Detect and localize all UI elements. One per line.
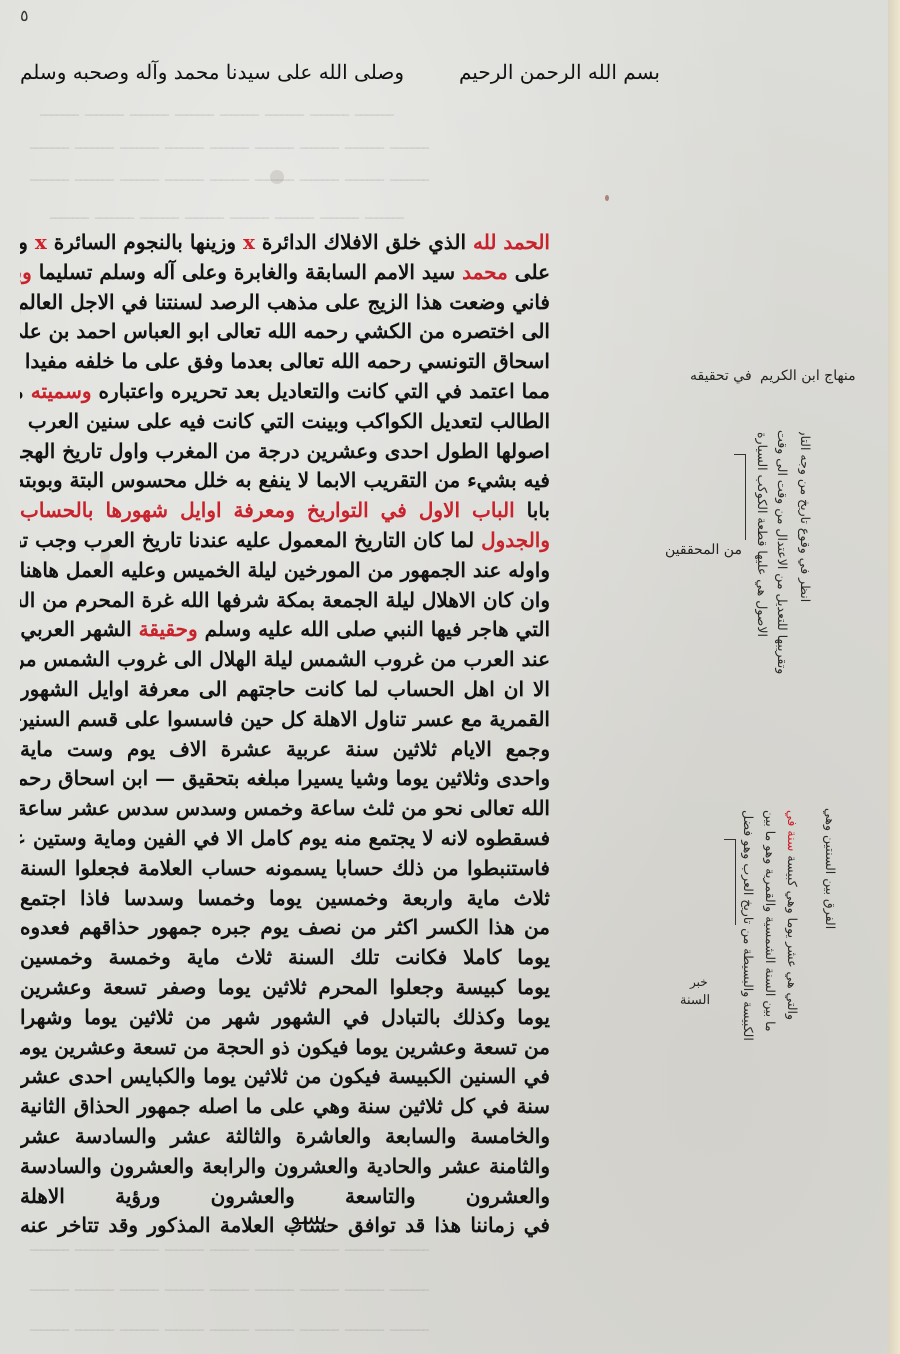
text-span: الا ان اهل الحساب لما كانت حاجتهم الى مع… <box>20 677 550 701</box>
text-line: وجمع الايام ثلاثين سنة عربية عشرة الاف ي… <box>20 735 550 765</box>
text-line: من تسعة وعشرين يوما فيكون ذو الحجة من تس… <box>20 1033 550 1063</box>
text-span: سيد الامم السابقة والغابرة وعلى آله وسلم… <box>32 260 462 284</box>
manuscript-folio: ـــــــ ـــــــ ـــــــ ـــــــ ـــــــ … <box>0 0 890 1354</box>
text-line: في السنين الكبيسة فيكون من ثلاثين يوما و… <box>20 1062 550 1092</box>
rubric-word: وبعد <box>20 260 32 284</box>
text-span: في زماننا هذا قد توافق حساب العلامة المذ… <box>20 1213 550 1237</box>
margin-gloss-lower: الفرق بين السنتين وهي <box>820 808 840 929</box>
text-line: والخامسة والسابعة والعاشرة والثالثة عشر … <box>20 1122 550 1152</box>
gloss-line: والتي هي عشر يوما وهي كبيسة <box>785 855 800 1020</box>
catchword: يسو <box>290 1205 327 1230</box>
text-span: في السنين الكبيسة فيكون من ثلاثين يوما و… <box>20 1064 550 1088</box>
text-span: الله تعالى نحو من ثلث ساعة وخمس وسدس سدس… <box>20 796 550 820</box>
text-span: من هذا الكسر اكثر من نصف يوم جبره جمهور … <box>20 915 550 939</box>
margin-gloss-upper: وتقريبها للتعديل من الاعتدال من وقت الى … <box>772 430 792 674</box>
margin-gloss-label: خبر <box>690 975 708 989</box>
show-through-text: ـــــــ ـــــــ ـــــــ ـــــــ ـــــــ … <box>30 1270 429 1300</box>
show-through-text: ـــــــ ـــــــ ـــــــ ـــــــ ـــــــ … <box>30 128 429 158</box>
text-line: يوما كبيسة وجعلوا المحرم ثلاثين يوما وصف… <box>20 973 550 1003</box>
header-invocation: بسم الله الرحمن الرحيم وصلى الله على سيد… <box>20 60 660 100</box>
text-line: يوما كاملا فكانت تلك السنة ثلاث ماية وخم… <box>20 943 550 973</box>
text-span: فاستنبطوا من ذلك حسابا يسمونه حساب العلا… <box>20 856 550 880</box>
rubric-word: الحمد لله <box>473 230 550 254</box>
gloss-line: انظر في وقوع تاريخ من وجه التاريخ <box>798 432 813 602</box>
text-line: القمرية مع عسر تناول الاهلة كل حين فاسسو… <box>20 705 550 735</box>
rubric-word: محمد <box>462 260 508 284</box>
text-span: اصولها الطول احدى وعشرين درجة من المغرب … <box>20 439 550 463</box>
text-span: الطالب لتعديل الكواكب وبينت التي كانت في… <box>20 409 550 433</box>
text-line: مما اعتمد في التي كانت والتعاديل بعد تحر… <box>20 377 550 407</box>
text-span: لما كان التاريخ المعمول عليه عندنا تاريخ… <box>20 528 481 552</box>
text-span: الشهر العربي — <box>20 617 139 641</box>
text-line: فسقطوه لانه لا يجتمع منه يوم كامل الا في… <box>20 824 550 854</box>
text-line: في زماننا هذا قد توافق حساب العلامة المذ… <box>20 1211 550 1241</box>
text-span: وان كان الاهلال ليلة الجمعة بمكة شرفها ا… <box>20 588 550 612</box>
red-x-mark: x <box>243 230 255 254</box>
text-span: والعشرون والتاسعة والعشرون ورؤية الاهلة <box>20 1184 550 1208</box>
text-line: التي هاجر فيها النبي صلى الله عليه وسلم … <box>20 615 550 645</box>
text-line: واحدى وثلاثين يوما وشيا يسيرا مبلغه بتحق… <box>20 764 550 794</box>
margin-title-note-right: منهاج ابن الكريم <box>760 368 856 384</box>
margin-gloss-label: من المحققين <box>665 542 742 558</box>
show-through-text: ـــــــ ـــــــ ـــــــ ـــــــ ـــــــ … <box>50 198 404 228</box>
text-line: الا ان اهل الحساب لما كانت حاجتهم الى مع… <box>20 675 550 705</box>
margin-title-note-left: في تحقيقه <box>690 368 752 384</box>
gloss-line: الكبيسة والبسيطة من تاريخ العرب وهو فضل <box>741 810 756 1041</box>
red-x-mark: x <box>35 230 47 254</box>
text-span: منهاج <box>20 379 31 403</box>
text-span: فيه بشيء من التقريب الابما لا ينفع به خل… <box>20 468 550 492</box>
text-line: يوما وكذلك بالتبادل في الشهور شهر من ثلا… <box>20 1003 550 1033</box>
text-span: ثلاث ماية واربعة وخمسين يوما وخمسا وسدسا… <box>20 886 550 910</box>
show-through-text: ـــــــ ـــــــ ـــــــ ـــــــ ـــــــ … <box>30 1310 429 1340</box>
text-span: بابا <box>515 498 550 522</box>
text-span: على <box>508 260 550 284</box>
text-span: القمرية مع عسر تناول الاهلة كل حين فاسسو… <box>20 707 550 731</box>
paper-stain <box>270 170 284 184</box>
text-line: الحمد لله الذي خلق الافلاك الدائرة x وزي… <box>20 228 550 258</box>
margin-gloss-lower: والتي هي عشر يوما وهي كبيسة سنة في <box>782 810 802 1020</box>
text-span: اسحاق التونسي رحمه الله تعالى بعدما وفق … <box>20 349 550 373</box>
gloss-line: الفرق بين السنتين وهي <box>823 808 838 929</box>
text-span: عند العرب من غروب الشمس ليلة الهلال الى … <box>20 647 550 671</box>
text-span: واحدى وثلاثين يوما وشيا يسيرا مبلغه بتحق… <box>20 766 550 790</box>
text-span: واوله عند الجمهور من المورخين ليلة الخمي… <box>20 558 550 582</box>
basmala: بسم الله الرحمن الرحيم <box>459 60 660 84</box>
text-span: يوما وكذلك بالتبادل في الشهور شهر من ثلا… <box>20 1005 550 1029</box>
rubric-word: وسميته <box>31 379 92 403</box>
text-span: يوما كبيسة وجعلوا المحرم ثلاثين يوما وصف… <box>20 975 550 999</box>
text-line: فيه بشيء من التقريب الابما لا ينفع به خل… <box>20 466 550 496</box>
text-line: وان كان الاهلال ليلة الجمعة بمكة شرفها ا… <box>20 586 550 616</box>
main-text-block: الحمد لله الذي خلق الافلاك الدائرة x وزي… <box>20 228 550 1241</box>
gloss-line: وتقريبها للتعديل من الاعتدال من وقت الى … <box>775 430 790 674</box>
margin-gloss-upper: الاصول هي عليها قطعة الكوكب السيارة <box>752 432 772 637</box>
gloss-line: ما بين السنة الشمسية والقمرية وهو ما بين <box>763 810 778 1032</box>
text-line: على محمد سيد الامم السابقة والغابرة وعلى… <box>20 258 550 288</box>
text-line: بابا الباب الاول في التواريخ ومعرفة اواي… <box>20 496 550 526</box>
text-span: الى اختصره من الكشي رحمه الله تعالى ابو … <box>20 319 550 343</box>
rubric-word: الباب الاول في التواريخ ومعرفة اوايل شهو… <box>20 498 515 522</box>
margin-gloss-lower: ما بين السنة الشمسية والقمرية وهو ما بين <box>760 810 780 1032</box>
eulogy: وصلى الله على سيدنا محمد وآله وصحبه وسلم <box>20 60 404 84</box>
text-line: واوله عند الجمهور من المورخين ليلة الخمي… <box>20 556 550 586</box>
gloss-red-word: سنة في <box>785 810 800 851</box>
text-span: والثامنة عشر والحادية والعشرون والرابعة … <box>20 1154 550 1178</box>
text-line: فاستنبطوا من ذلك حسابا يسمونه حساب العلا… <box>20 854 550 884</box>
margin-gloss-label: السنة <box>680 993 710 1008</box>
rubric-word: وحقيقة <box>139 617 198 641</box>
text-line: الطالب لتعديل الكواكب وبينت التي كانت في… <box>20 407 550 437</box>
text-line: فاني وضعت هذا الزيج على مذهب الرصد لسنتن… <box>20 288 550 318</box>
margin-gloss-upper: انظر في وقوع تاريخ من وجه التاريخ <box>795 432 815 602</box>
gloss-bracket <box>745 455 746 540</box>
text-line: اسحاق التونسي رحمه الله تعالى بعدما وفق … <box>20 347 550 377</box>
text-span: يوما كاملا فكانت تلك السنة ثلاث ماية وخم… <box>20 945 550 969</box>
text-span: مما اعتمد في التي كانت والتعاديل بعد تحر… <box>92 379 551 403</box>
text-line: والثامنة عشر والحادية والعشرون والرابعة … <box>20 1152 550 1182</box>
gloss-bracket <box>735 840 736 925</box>
text-span: الذي خلق الافلاك الدائرة <box>255 230 473 254</box>
text-span: وجمع الايام ثلاثين سنة عربية عشرة الاف ي… <box>20 737 550 761</box>
show-through-text: ـــــــ ـــــــ ـــــــ ـــــــ ـــــــ … <box>30 160 429 190</box>
text-line: والعشرون والتاسعة والعشرون ورؤية الاهلة <box>20 1182 550 1212</box>
text-span: وصلى الله <box>20 230 35 254</box>
text-span: فسقطوه لانه لا يجتمع منه يوم كامل الا في… <box>20 826 550 850</box>
page-edge <box>888 0 900 1354</box>
gloss-line: الاصول هي عليها قطعة الكوكب السيارة <box>755 432 770 637</box>
text-span: وزينها بالنجوم السائرة <box>47 230 243 254</box>
text-span: التي هاجر فيها النبي صلى الله عليه وسلم <box>198 617 550 641</box>
text-line: والجدول لما كان التاريخ المعمول عليه عند… <box>20 526 550 556</box>
text-span: من تسعة وعشرين يوما فيكون ذو الحجة من تس… <box>20 1035 550 1059</box>
text-line: الى اختصره من الكشي رحمه الله تعالى ابو … <box>20 317 550 347</box>
text-line: سنة في كل ثلاثين سنة وهي على ما اصله جمه… <box>20 1092 550 1122</box>
margin-gloss-lower: الكبيسة والبسيطة من تاريخ العرب وهو فضل <box>738 810 758 1041</box>
folio-number: ٥ <box>20 6 29 25</box>
text-line: من هذا الكسر اكثر من نصف يوم جبره جمهور … <box>20 913 550 943</box>
text-span: سنة في كل ثلاثين سنة وهي على ما اصله جمه… <box>20 1094 550 1118</box>
text-line: ثلاث ماية واربعة وخمسين يوما وخمسا وسدسا… <box>20 884 550 914</box>
rubric-word: والجدول <box>481 528 550 552</box>
text-span: والخامسة والسابعة والعاشرة والثالثة عشر … <box>20 1124 550 1148</box>
text-span: فاني وضعت هذا الزيج على مذهب الرصد لسنتن… <box>20 290 550 314</box>
paper-stain <box>605 195 609 201</box>
text-line: عند العرب من غروب الشمس ليلة الهلال الى … <box>20 645 550 675</box>
text-line: الله تعالى نحو من ثلث ساعة وخمس وسدس سدس… <box>20 794 550 824</box>
text-line: اصولها الطول احدى وعشرين درجة من المغرب … <box>20 437 550 467</box>
